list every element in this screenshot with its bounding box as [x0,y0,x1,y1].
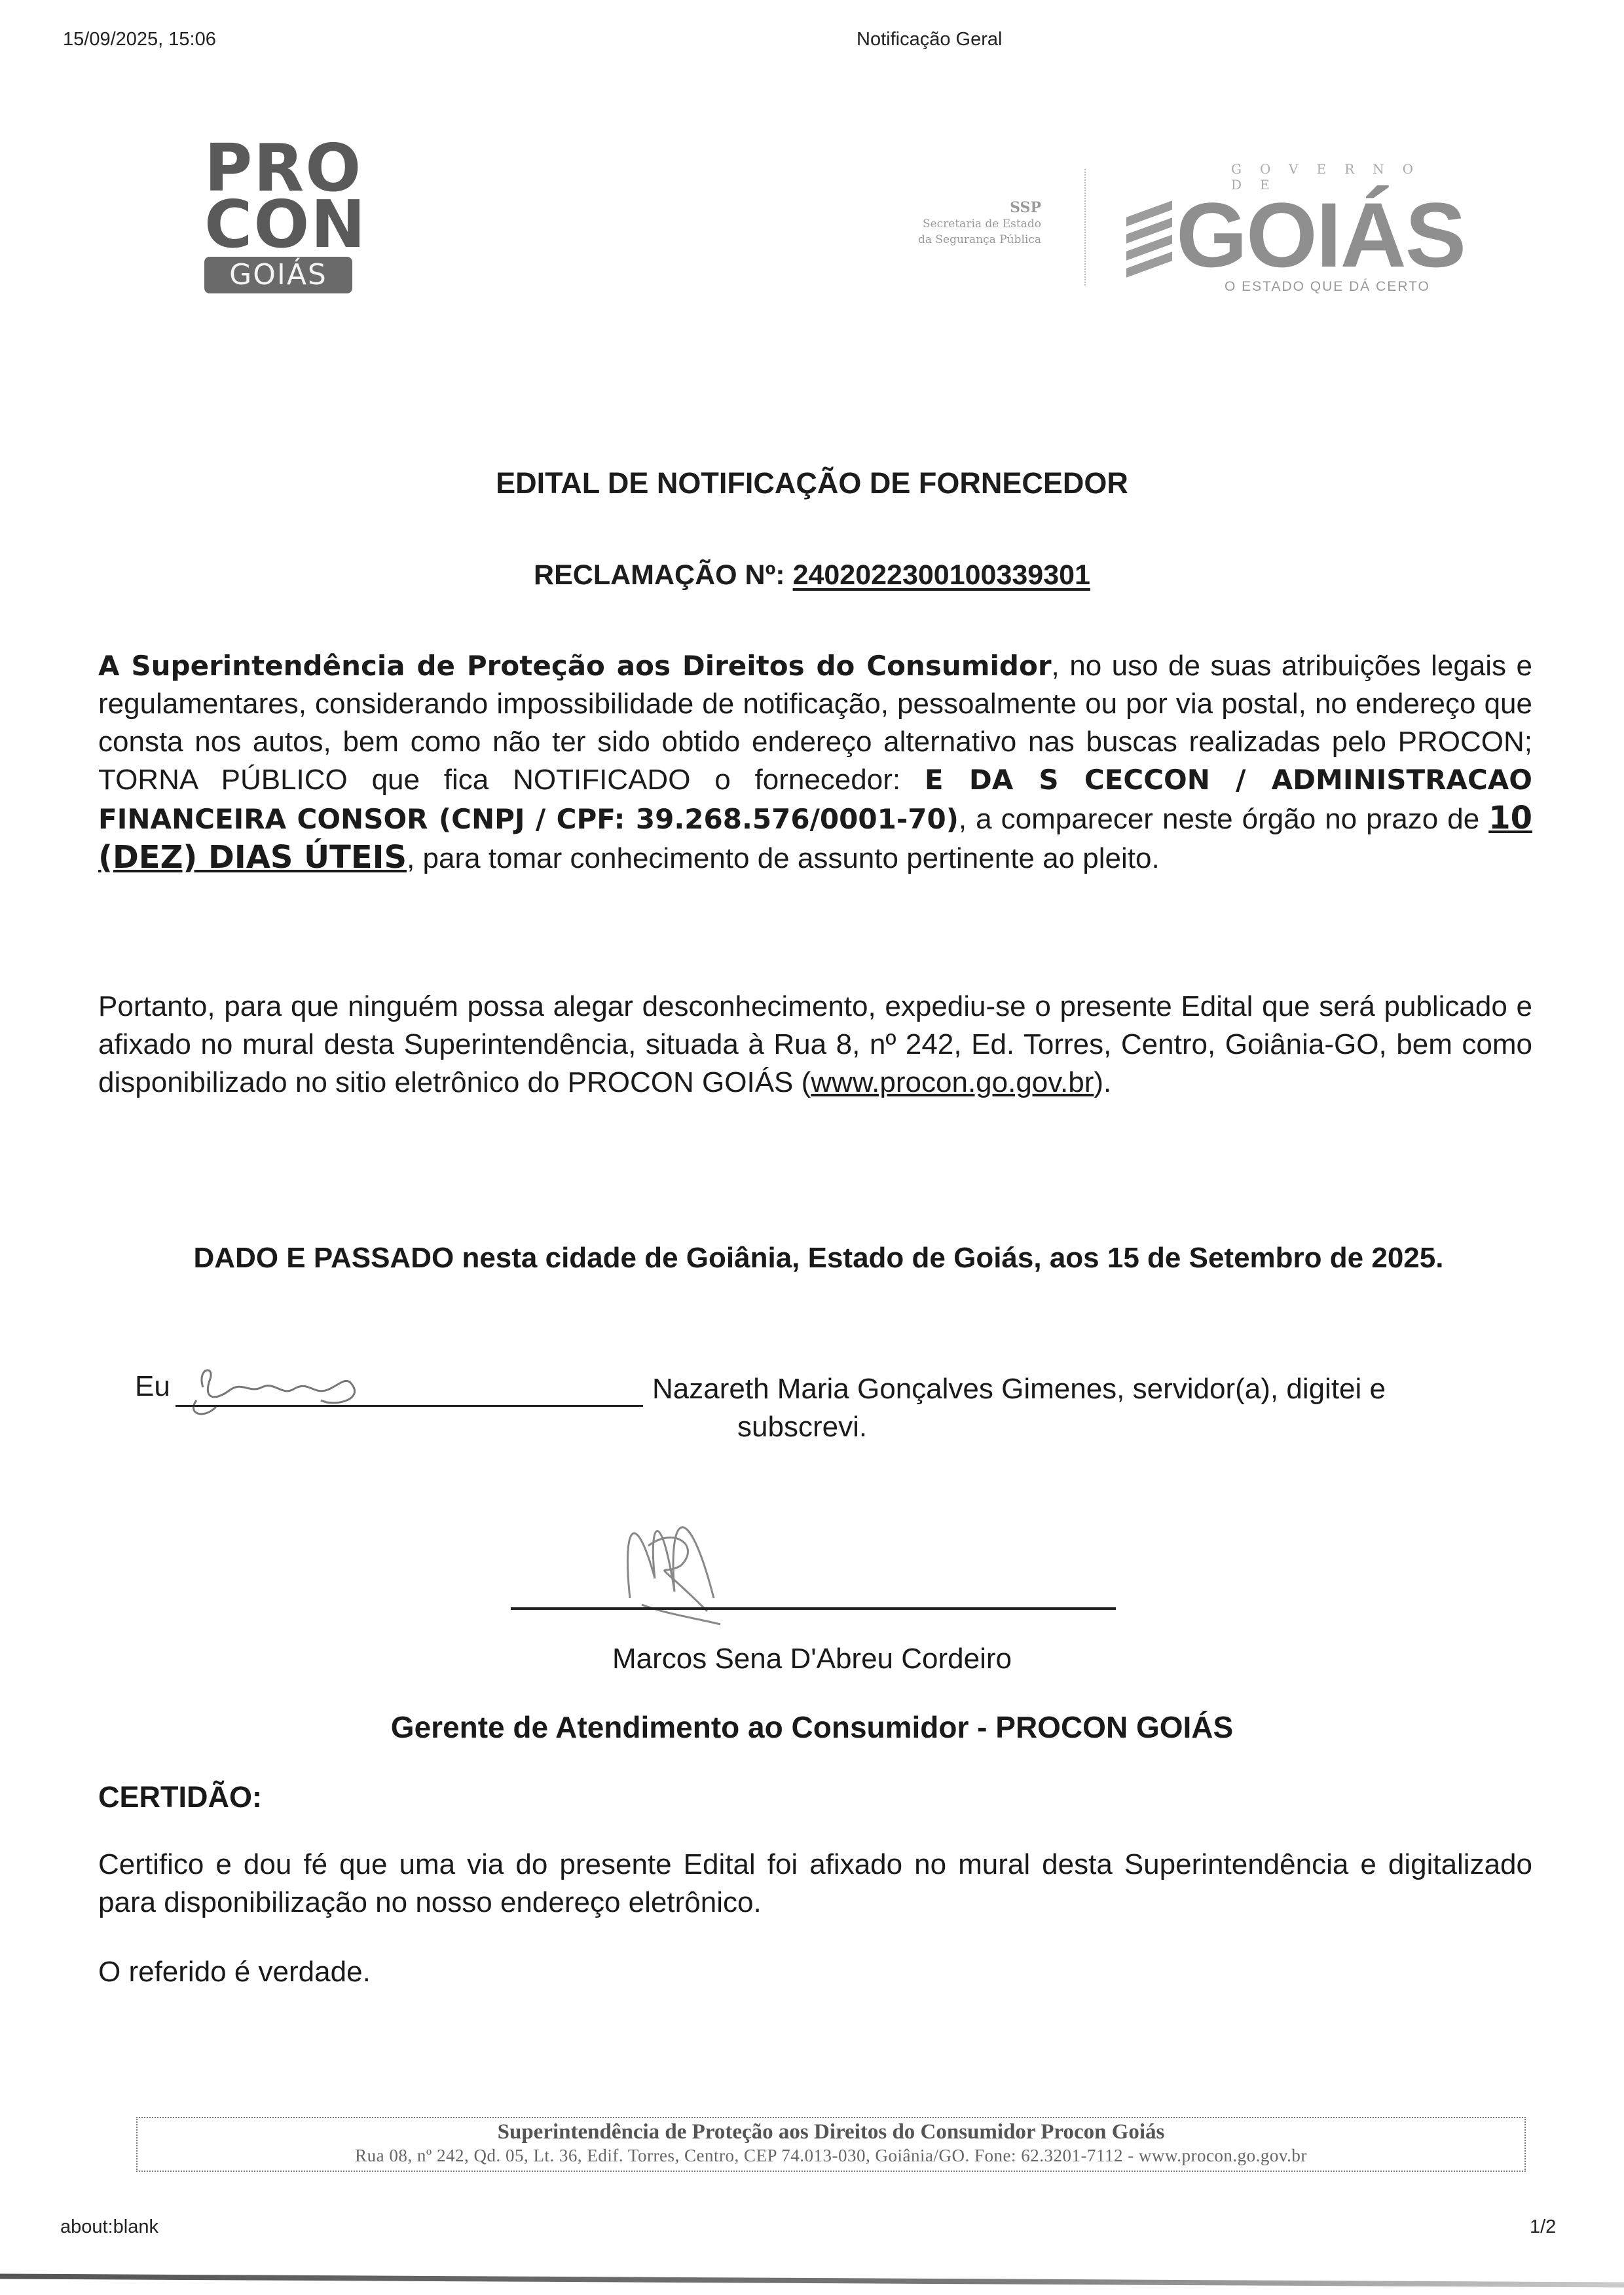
signer-role: Gerente de Atendimento ao Consumidor - P… [0,1709,1624,1745]
complaint-label: RECLAMAÇÃO Nº: [534,559,785,591]
scan-edge [0,2274,1624,2288]
procon-goias-logo: PRO CON GOIÁS [204,140,359,293]
certificate-closing: O referido é verdade. [98,1956,371,1988]
footer-address: Rua 08, nº 242, Qd. 05, Lt. 36, Edif. To… [138,2144,1524,2167]
print-url: about:blank [60,2216,158,2238]
goias-logo-word: GOIÁS [1176,193,1465,278]
certificate-heading: CERTIDÃO: [98,1780,262,1814]
given-at-statement: DADO E PASSADO nesta cidade de Goiânia, … [131,1239,1506,1277]
print-page-title: Notificação Geral [857,29,1002,50]
certificate-text: Certifico e dou fé que uma via do presen… [98,1846,1532,1922]
typist-signature-line [175,1405,643,1407]
typist-prefix: Eu [135,1370,170,1403]
logo-divider [1084,169,1086,286]
notification-paragraph: A Superintendência de Proteção aos Direi… [98,647,1532,878]
publication-text-end: ). [1094,1066,1111,1098]
agency-name: A Superintendência de Proteção aos Direi… [98,650,1052,682]
typist-line1: Nazareth Maria Gonçalves Gimenes, servid… [652,1373,1386,1405]
goias-flag-icon [1126,196,1172,274]
print-datetime: 15/09/2025, 15:06 [63,29,216,50]
typist-signature [190,1361,426,1420]
ssp-line1: Secretaria de Estado [918,216,1041,232]
typist-statement: Nazareth Maria Gonçalves Gimenes, servid… [652,1370,1517,1446]
publication-paragraph: Portanto, para que ninguém possa alegar … [98,988,1532,1102]
manager-signature-line [511,1607,1116,1610]
given-at-bold: DADO E PASSADO [194,1242,454,1274]
typist-line2: subscrevi. [652,1408,1517,1446]
letterhead-footer: Superintendência de Proteção aos Direito… [136,2117,1526,2172]
signer-name: Marcos Sena D'Abreu Cordeiro [0,1643,1624,1675]
complaint-number: 2402022300100339301 [793,559,1090,591]
footer-agency-name: Superintendência de Proteção aos Direito… [138,2118,1524,2144]
ssp-logo: SSP Secretaria de Estado da Segurança Pú… [918,199,1041,248]
notification-text-3: , para tomar conhecimento de assunto per… [407,842,1160,874]
ssp-abbr: SSP [918,199,1041,216]
procon-logo-line2: CON [204,196,359,253]
document-title: EDITAL DE NOTIFICAÇÃO DE FORNECEDOR [0,466,1624,500]
notification-text-2: , a comparecer neste órgão no prazo de [959,803,1488,835]
manager-signature [616,1500,786,1631]
ssp-line2: da Segurança Pública [918,232,1041,248]
governo-goias-logo: GOVERNO DE GOIÁS O ESTADO QUE DÁ CERTO [1126,161,1493,295]
given-at-text: nesta cidade de Goiânia, Estado de Goiás… [454,1242,1443,1274]
print-page-number: 1/2 [1530,2216,1556,2238]
complaint-number-line: RECLAMAÇÃO Nº: 2402022300100339301 [0,559,1624,591]
procon-website-link[interactable]: www.procon.go.gov.br [811,1066,1094,1098]
